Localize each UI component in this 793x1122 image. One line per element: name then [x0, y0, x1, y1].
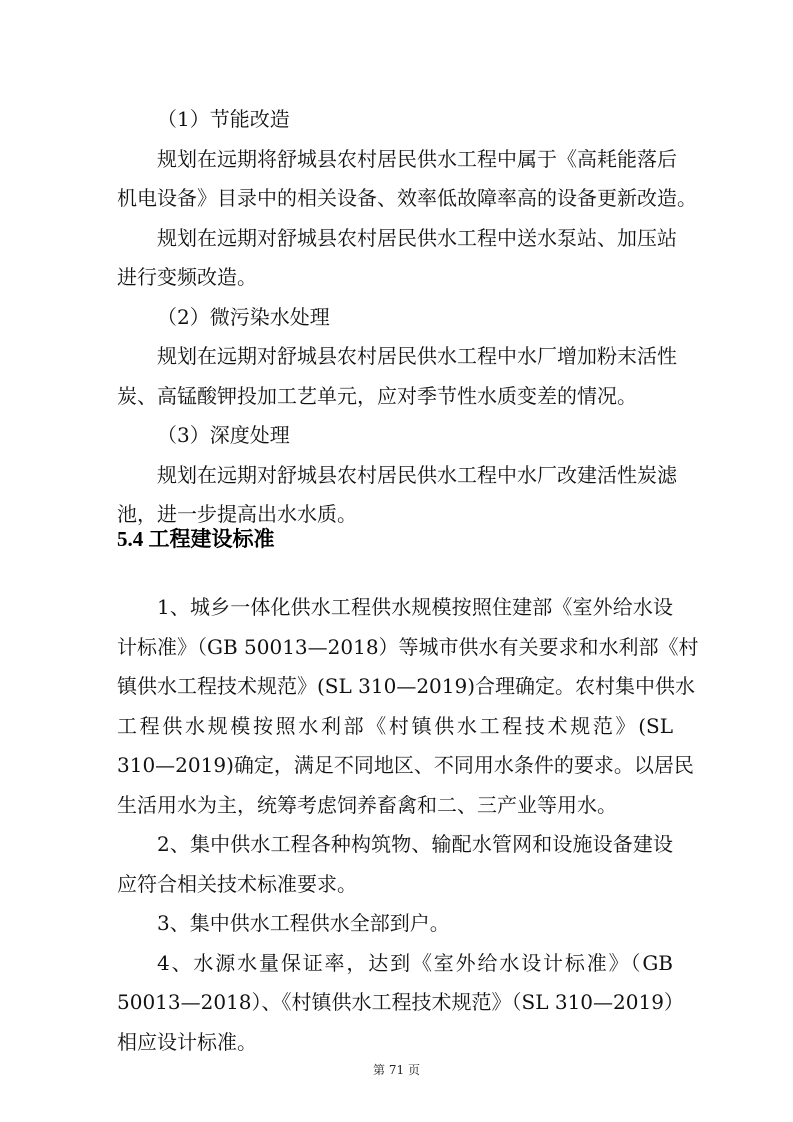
standard-line: 镇供水工程技术规范》(SL 310—2019)合理确定。农村集中供水	[117, 671, 673, 701]
standard-line: 4、水源水量保证率，达到《室外给水设计标准》（GB	[157, 948, 673, 978]
standard-line: 生活用水为主，统筹考虑饲养畜禽和二、三产业等用水。	[117, 790, 673, 820]
subheading-energy-saving: （1）节能改造	[157, 104, 290, 134]
paragraph-line: 规划在远期对舒城县农村居民供水工程中水厂增加粉末活性	[157, 341, 673, 371]
subheading-advanced-treatment: （3）深度处理	[157, 420, 290, 450]
subheading-micro-pollution: （2）微污染水处理	[157, 302, 330, 332]
paragraph-line: 机电设备》目录中的相关设备、效率低故障率高的设备更新改造。	[117, 183, 673, 213]
paragraph-line: 规划在远期对舒城县农村居民供水工程中送水泵站、加压站	[157, 223, 673, 253]
standard-line: 310—2019)确定，满足不同地区、不同用水条件的要求。以居民	[117, 750, 673, 780]
paragraph-line: 规划在远期将舒城县农村居民供水工程中属于《高耗能落后	[157, 144, 673, 174]
standard-line: 工程供水规模按照水利部《村镇供水工程技术规范》(SL	[117, 711, 673, 741]
paragraph-line: 进行变频改造。	[117, 262, 673, 292]
document-page: （1）节能改造 规划在远期将舒城县农村居民供水工程中属于《高耗能落后 机电设备》…	[0, 0, 793, 1122]
page-number: 第 71 页	[0, 1062, 793, 1078]
standard-line: 3、集中供水工程供水全部到户。	[157, 908, 673, 938]
section-heading: 5.4 工程建设标准	[117, 524, 275, 554]
standard-line: 相应设计标准。	[117, 1027, 673, 1057]
standard-line: 1、城乡一体化供水工程供水规模按照住建部《室外给水设	[157, 592, 673, 622]
paragraph-line: 规划在远期对舒城县农村居民供水工程中水厂改建活性炭滤	[157, 460, 673, 490]
standard-line: 50013—2018）、《村镇供水工程技术规范》（SL 310—2019）	[117, 987, 673, 1017]
paragraph-line: 炭、高锰酸钾投加工艺单元，应对季节性水质变差的情况。	[117, 381, 673, 411]
standard-line: 计标准》（GB 50013—2018）等城市供水有关要求和水利部《村	[117, 632, 673, 662]
standard-line: 2、集中供水工程各种构筑物、输配水管网和设施设备建设	[157, 829, 673, 859]
standard-line: 应符合相关技术标准要求。	[117, 869, 673, 899]
